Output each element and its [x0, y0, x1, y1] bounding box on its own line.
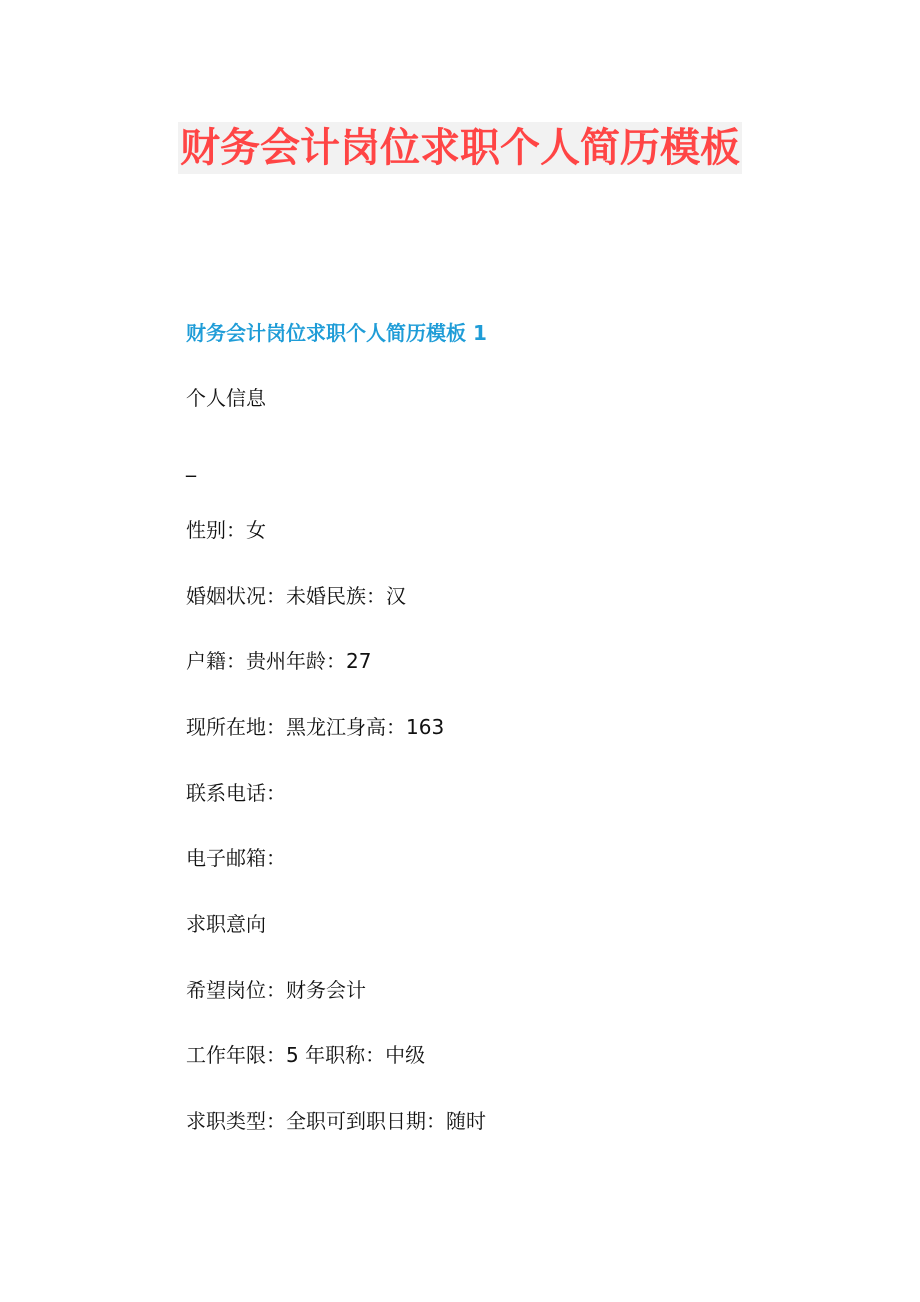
section-heading: 财务会计岗位求职个人简历模板 1: [186, 318, 487, 348]
field-hukou-age: 户籍：贵州年龄：27: [186, 646, 371, 676]
field-experience-title: 工作年限：5 年职称：中级: [186, 1040, 425, 1070]
document-page: 财务会计岗位求职个人简历模板 财务会计岗位求职个人简历模板 1 个人信息 _ 性…: [0, 0, 920, 1302]
field-job-type-availability: 求职类型：全职可到职日期：随时: [186, 1106, 486, 1136]
subsection-personal-info: 个人信息: [186, 383, 266, 413]
field-marital-ethnicity: 婚姻状况：未婚民族：汉: [186, 581, 406, 611]
separator-underscore: _: [186, 450, 196, 480]
field-email: 电子邮箱：: [186, 843, 286, 873]
field-gender: 性别：女: [186, 515, 266, 545]
document-title: 财务会计岗位求职个人简历模板: [180, 122, 740, 174]
field-phone: 联系电话：: [186, 778, 286, 808]
subsection-job-intention: 求职意向: [186, 909, 266, 939]
title-banner: 财务会计岗位求职个人简历模板: [178, 122, 742, 174]
field-location-height: 现所在地：黑龙江身高：163: [186, 712, 444, 742]
field-desired-position: 希望岗位：财务会计: [186, 975, 366, 1005]
